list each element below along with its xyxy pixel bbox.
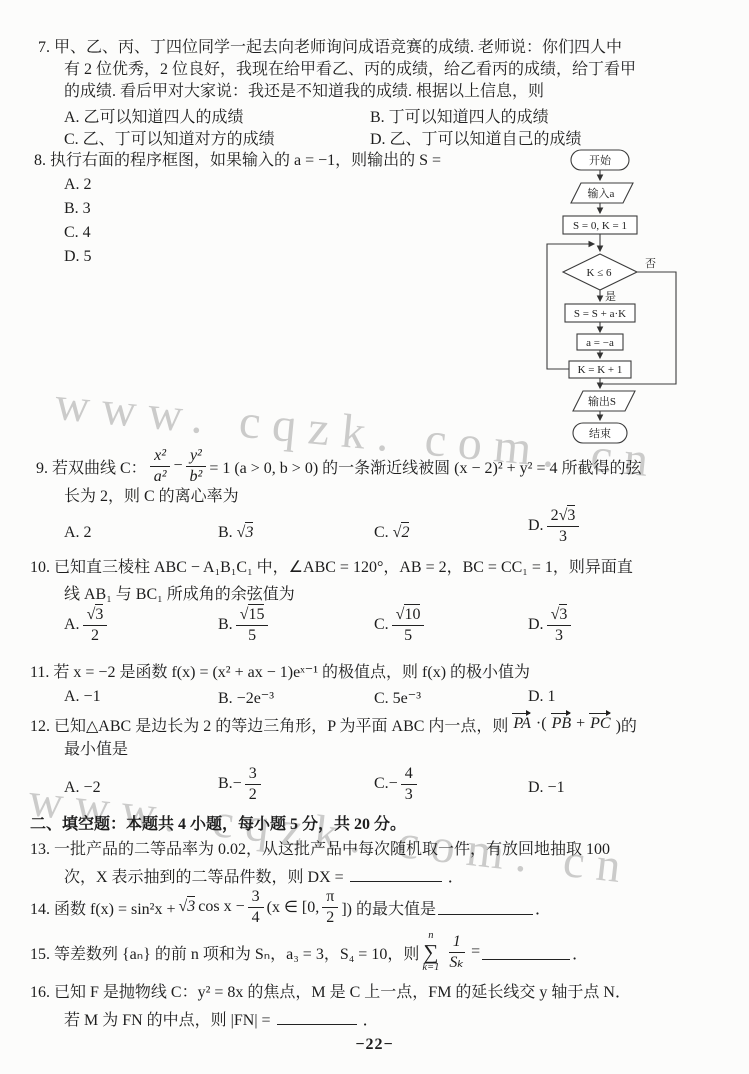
- q9-line-1: 9. 若双曲线 C： x²a² − y²b² = 1 (a > 0, b > 0…: [36, 440, 641, 492]
- q15-line-1: 15. 等差数列 {aₙ} 的前 n 项和为 Sₙ，a₃ = 3，S₄ = 10…: [30, 928, 588, 976]
- q14-period: ．: [535, 896, 551, 919]
- q11-line-1: 11. 若 x = −2 是函数 f(x) = (x² + ax − 1)eˣ⁻…: [30, 663, 530, 683]
- flow-decision-label: K ≤ 6: [587, 267, 612, 279]
- q7-option-b: B. 丁可以知道四人的成绩: [370, 104, 549, 127]
- q14-text-3: (x ∈ [0,: [267, 897, 320, 917]
- q16-period: ．: [363, 1012, 379, 1029]
- flow-output-label: 输出S: [588, 394, 616, 408]
- q7-line-3: 的成绩. 看后甲对大家说：我还是不知道我的成绩. 根据以上信息，则: [64, 82, 544, 102]
- q16-text: 若 M 为 FN 的中点，则 |FN| =: [64, 1012, 271, 1029]
- q14-fraction-34: 34: [248, 888, 264, 927]
- q7-option-c: C. 乙、丁可以知道对方的成绩: [64, 126, 275, 149]
- q9-text-2: = 1 (a > 0, b > 0) 的一条渐近线被圆 (x − 2)² + y…: [209, 455, 641, 478]
- q12-vector-pa: PA: [510, 715, 533, 733]
- exam-page: www. cqzk. com. cn www. cqzk. com. cn 7.…: [0, 0, 749, 1074]
- q8-option-b: B. 3: [64, 200, 91, 218]
- flow-yes-label: 是: [605, 290, 616, 303]
- q8-flowchart: 开始 输入a S = 0, K = 1 K ≤ 6 否 是 S = S + a·…: [533, 146, 748, 456]
- flow-init-label: S = 0, K = 1: [573, 220, 627, 232]
- q14-text-2: cos x −: [198, 898, 244, 916]
- q16-line-2: 若 M 为 FN 的中点，则 |FN| = ．: [64, 1009, 379, 1031]
- q12-vector-pc: PC: [587, 715, 613, 733]
- q9-option-d-fraction: 2√3 3: [547, 507, 580, 546]
- q9-option-b: B. √3: [218, 524, 253, 542]
- q7-line-1: 7. 甲、乙、丙、丁四位同学一起去向老师询问成语竞赛的成绩. 老师说：你们四人中: [38, 38, 622, 58]
- q14-text-1: 14. 函数 f(x) = sin²x +: [30, 896, 176, 919]
- q10-option-a: A. √32: [64, 601, 110, 649]
- q10-option-d: D. √33: [528, 601, 574, 649]
- q13-line-1: 13. 一批产品的二等品率为 0.02，从这批产品中每次随机取一件，有放回地抽取…: [30, 840, 610, 860]
- q8-option-d: D. 5: [64, 248, 92, 266]
- q12-option-d: D. −1: [528, 779, 565, 797]
- q12-dot: ·(: [536, 715, 547, 733]
- flow-step3-label: K = K + 1: [578, 364, 623, 376]
- q14-sqrt3: √3: [179, 898, 196, 916]
- flow-step1-label: S = S + a·K: [574, 308, 626, 320]
- q7-option-a: A. 乙可以知道四人的成绩: [64, 104, 244, 127]
- q15-period: ．: [572, 941, 588, 964]
- q12-line-2: 最小值是: [64, 740, 128, 760]
- q12-option-c: C. − 43: [374, 761, 420, 807]
- q10-option-c: C. √105: [374, 601, 427, 649]
- q11-option-c: C. 5e⁻³: [374, 688, 421, 708]
- q14-text-4: ]) 的最大值是: [341, 896, 436, 919]
- q12-line-1: 12. 已知△ABC 是边长为 2 的等边三角形，P 为平面 ABC 内一点，则…: [30, 711, 637, 737]
- q9-fraction-y2b2: y²b²: [186, 447, 207, 486]
- flow-end-label: 结束: [589, 426, 611, 440]
- q13-period: ．: [448, 869, 464, 886]
- q8-line-1: 8. 执行右面的程序框图，如果输入的 a = −1，则输出的 S =: [34, 151, 441, 171]
- q11-option-a: A. −1: [64, 688, 101, 706]
- q9-line-2: 长为 2，则 C 的离心率为: [64, 487, 239, 507]
- q8-option-a: A. 2: [64, 176, 92, 194]
- flow-step2-label: a = −a: [586, 337, 614, 349]
- q9-fraction-x2a2: x²a²: [150, 447, 171, 486]
- q12-text-1: 12. 已知△ABC 是边长为 2 的等边三角形，P 为平面 ABC 内一点，则: [30, 713, 508, 736]
- section-2-header: 二、填空题：本题共 4 小题，每小题 5 分，共 20 分。: [30, 815, 406, 835]
- q13-text: 次，X 表示抽到的二等品件数，则 DX =: [64, 869, 344, 886]
- flow-start-label: 开始: [589, 153, 612, 167]
- flow-no-label: 否: [645, 257, 656, 270]
- q9-option-c: C. √2: [374, 524, 409, 542]
- q10-option-b: B. √155: [218, 601, 271, 649]
- q7-line-2: 有 2 位优秀，2 位良好，我现在给甲看乙、丙的成绩，给乙看丙的成绩，给丁看甲: [64, 60, 636, 80]
- q12-option-a: A. −2: [64, 779, 101, 797]
- q13-line-2: 次，X 表示抽到的二等品件数，则 DX = ．: [64, 866, 464, 888]
- q14-line-1: 14. 函数 f(x) = sin²x + √3 cos x − 34 (x ∈…: [30, 886, 551, 928]
- flow-input-label: 输入a: [588, 186, 615, 200]
- q16-line-1: 16. 已知 F 是抛物线 C：y² = 8x 的焦点，M 是 C 上一点，FM…: [30, 983, 631, 1003]
- q14-answer-blank: [438, 899, 533, 915]
- q11-option-d: D. 1: [528, 688, 556, 706]
- q15-answer-blank: [482, 944, 570, 960]
- q9-text-1: 9. 若双曲线 C：: [36, 455, 147, 478]
- q9-minus: −: [173, 457, 182, 475]
- q12-option-b: B. − 32: [218, 761, 264, 807]
- q15-fraction-1sk: 1Sₖ: [445, 933, 468, 972]
- q11-option-b: B. −2e⁻³: [218, 688, 274, 708]
- q14-fraction-pi2: π2: [322, 888, 338, 927]
- q10-line-1: 10. 已知直三棱柱 ABC − A₁B₁C₁ 中，∠ABC = 120°，AB…: [30, 558, 633, 578]
- q12-text-2: )的: [616, 713, 637, 736]
- q9-option-a: A. 2: [64, 524, 92, 542]
- q15-summation: n ∑ k=1: [422, 931, 439, 973]
- page-number: −22−: [0, 1036, 749, 1054]
- q12-vector-pb: PB: [549, 715, 575, 733]
- q15-equals: =: [471, 943, 480, 961]
- q16-answer-blank: [277, 1009, 357, 1025]
- q13-answer-blank: [350, 866, 442, 882]
- q12-plus: +: [576, 715, 585, 733]
- q9-option-d: D. 2√3 3: [528, 503, 582, 549]
- q15-text-1: 15. 等差数列 {aₙ} 的前 n 项和为 Sₙ，a₃ = 3，S₄ = 10…: [30, 941, 419, 964]
- q8-option-c: C. 4: [64, 224, 91, 242]
